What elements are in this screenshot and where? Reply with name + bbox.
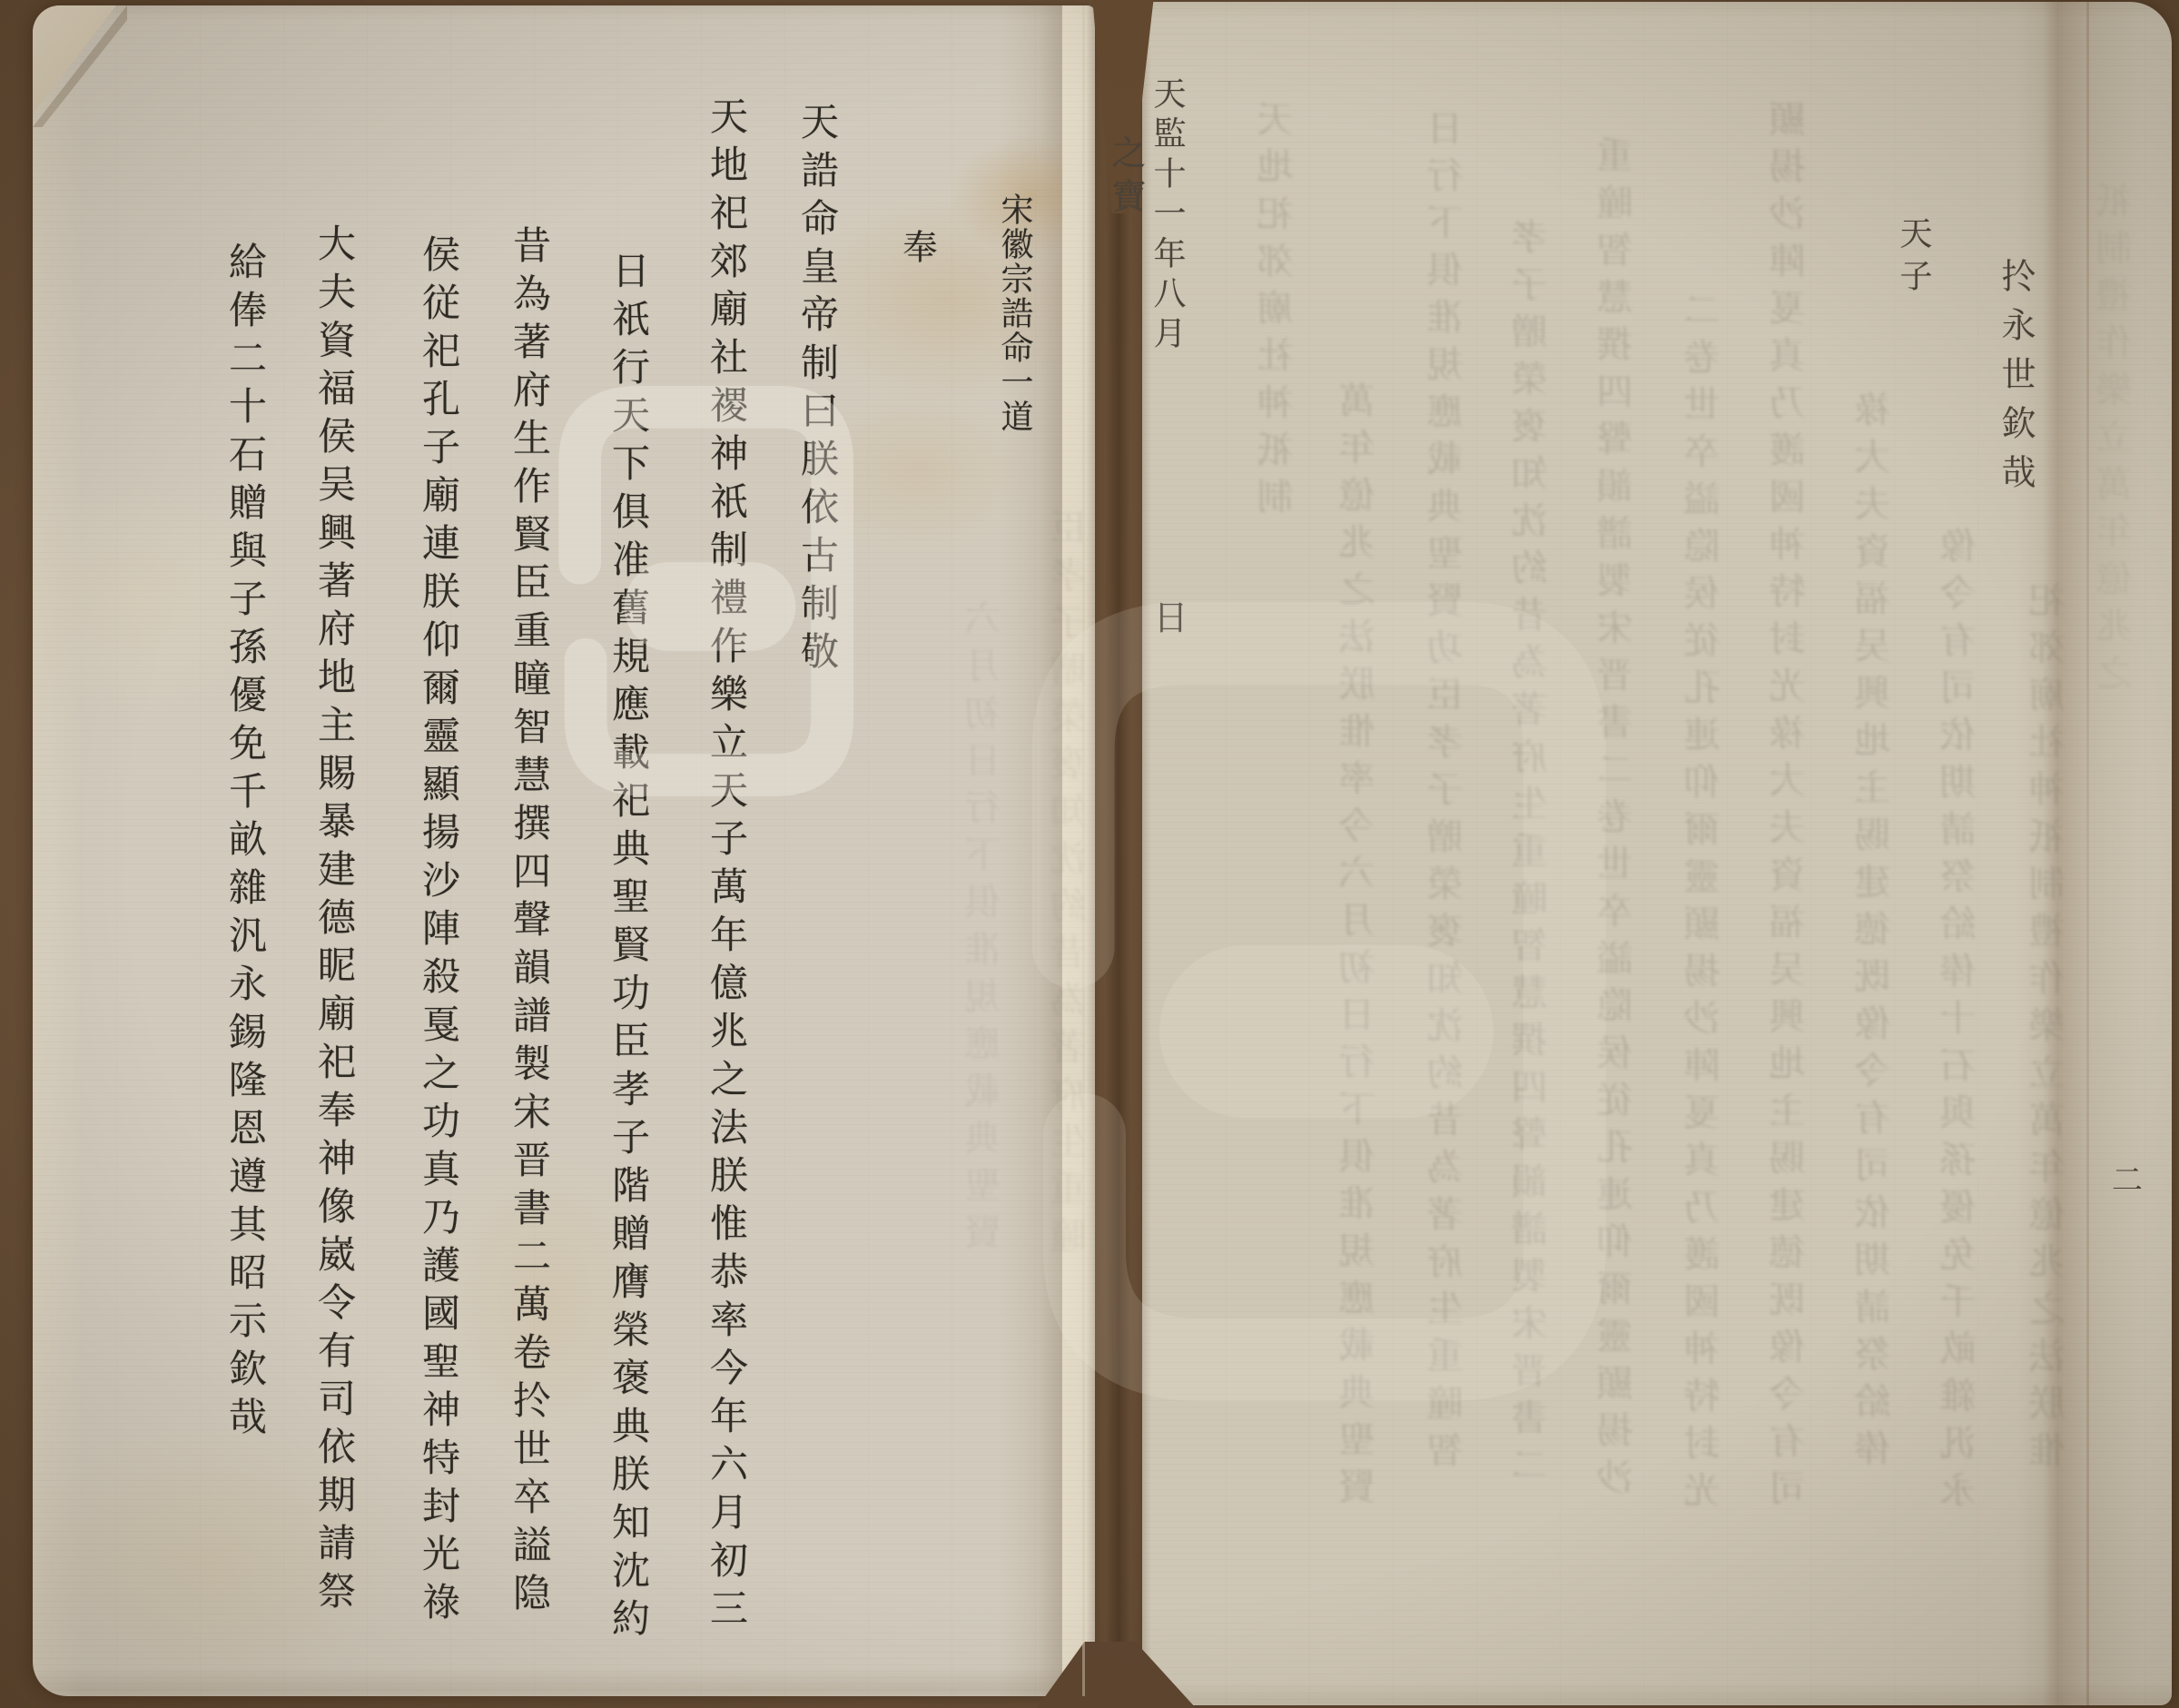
bleedthrough-column: 日行下俱准規應載典聖賢功臣孝子贈榮褒知沈約昔為著府生重瞳智 (1430, 109, 1466, 1478)
bleedthrough-column: 六月初日行下俱准規應載典聖賢 (968, 599, 1004, 1260)
manuscript-column: 侯従祀孔子廟連朕仰爾靈顯揚沙陣殺戛之功真乃護國聖神特封光祿 (419, 234, 458, 1630)
manuscript-column: 昔為著府生作賢臣重瞳智慧撰四聲韻譜製宋晋書二萬卷扵世卒謚隐 (510, 225, 548, 1621)
bleedthrough-column: 孝子贈榮褒知沈約昔為著府生重瞳智慧撰四聲韻譜製宋晋書二 (1514, 218, 1551, 1493)
bleedthrough-column: 臣孝子贈榮褒知沈約昔為著府生重瞳 (1053, 508, 1089, 1264)
page-number: 二 (2112, 1155, 2143, 1200)
bleedthrough-column: 天地祀郊廟社神祇制 (1260, 100, 1297, 525)
date-column: 天監十一年八月 (1150, 76, 1183, 356)
seal-column: 之寶 (1109, 134, 1143, 222)
bleedthrough-column: 二卷世卒謚隐侯従孔連仰爾靈顯揚沙陣戛真乃護國神特封光 (1687, 291, 1723, 1518)
bleedthrough-column: 祿大夫資福吴興地主賜建德既像令有司依期請祭給俸 (1858, 390, 1894, 1476)
manuscript-column: 日祇行天下俱准舊規應載祀典聖賢功臣孝子階贈膺榮褒典朕知沈約 (609, 251, 647, 1646)
feng-column: 奉 (900, 229, 934, 267)
manuscript-column: 扵永世欽哉 (1998, 258, 2033, 503)
bleedthrough-column: 像令有司依期請祭給俸十石與孫優免千畝雜汎永 (1943, 527, 1979, 1518)
manuscript-column: 給俸二十石贈與子孫優免千畝雜汎永錫隆恩遵其昭示欽哉 (226, 242, 264, 1445)
bleedthrough-column: 萬年億兆之法朕惟率今六月初日行下俱准規應載典聖賢 (1342, 381, 1378, 1515)
text-layer: 宋徽宗誥命一道奉天誥命皇帝制曰朕依古制敬天地祀郊廟社禝神祇制禮作樂立天子萬年億兆… (0, 0, 2179, 1708)
bleedthrough-column: 祇制禮作樂立萬年億兆之 (2099, 182, 2135, 701)
tianzi-column: 天子 (1897, 216, 1929, 301)
book-scan: 宋徽宗誥命一道奉天誥命皇帝制曰朕依古制敬天地祀郊廟社禝神祇制禮作樂立天子萬年億兆… (0, 0, 2179, 1708)
bleedthrough-column: 祀郊廟社神祇制禮作樂立萬年億兆之法朕惟 (2032, 581, 2068, 1478)
manuscript-column: 大夫資福侯吴興著府地主賜暴建德眤廟祀奉神像崴令有司依期請祭 (315, 223, 353, 1619)
bleedthrough-column: 顯揚沙陣戛真乃護國神特封光祿大夫資福吴興地主賜建德既像令有司 (1772, 100, 1809, 1516)
day-character: 日 (1150, 599, 1185, 634)
title-column: 宋徽宗誥命一道 (998, 193, 1030, 434)
bleedthrough-column: 重瞳智慧撰四聲韻譜製宋晋書二卷世卒謚隐侯従孔連仰爾靈顯揚沙 (1600, 136, 1636, 1506)
manuscript-column: 天誥命皇帝制曰朕依古制敬 (798, 102, 836, 679)
manuscript-column: 天地祀郊廟社禝神祇制禮作樂立天子萬年億兆之法朕惟恭率今年六月初三 (707, 96, 745, 1636)
